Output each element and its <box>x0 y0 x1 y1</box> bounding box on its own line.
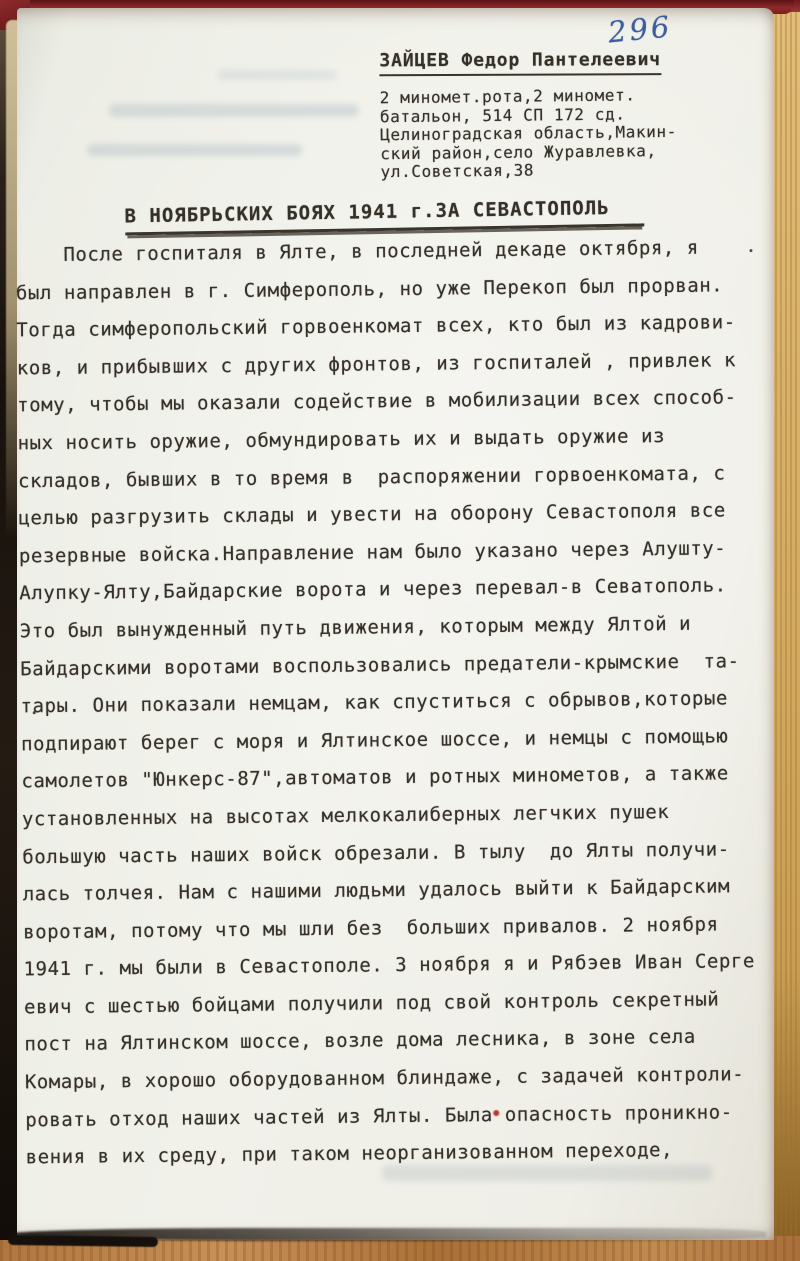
page-content: 296 ЗАЙЦЕВ Федор Пантелеевич 2 миномет.р… <box>11 3 782 1244</box>
shadow-streak <box>8 1235 158 1247</box>
author-address-block: 2 миномет.рота,2 миномет.батальон, 514 С… <box>380 86 678 182</box>
ink-speck <box>749 249 752 252</box>
text-line: вения в их среду, при таком неорганизова… <box>26 1131 778 1177</box>
ink-speck-red <box>493 1110 499 1116</box>
text-line: 2 миномет.рота,2 миномет. <box>380 86 677 108</box>
memoir-body-text: После госпиталя в Ялте, в последней дека… <box>15 229 778 1177</box>
document-page: 296 ЗАЙЦЕВ Федор Пантелеевич 2 миномет.р… <box>17 8 774 1240</box>
ink-speck <box>33 711 36 714</box>
handwritten-page-number: 296 <box>606 9 673 49</box>
document-title-text: В НОЯБРЬСКИХ БОЯХ 1941 г.ЗА СЕВАСТОПОЛЬ <box>124 196 644 235</box>
scanned-document-photo: 296 ЗАЙЦЕВ Федор Пантелеевич 2 миномет.р… <box>0 0 800 1261</box>
author-name: ЗАЙЦЕВ Федор Пантелеевич <box>379 49 661 76</box>
